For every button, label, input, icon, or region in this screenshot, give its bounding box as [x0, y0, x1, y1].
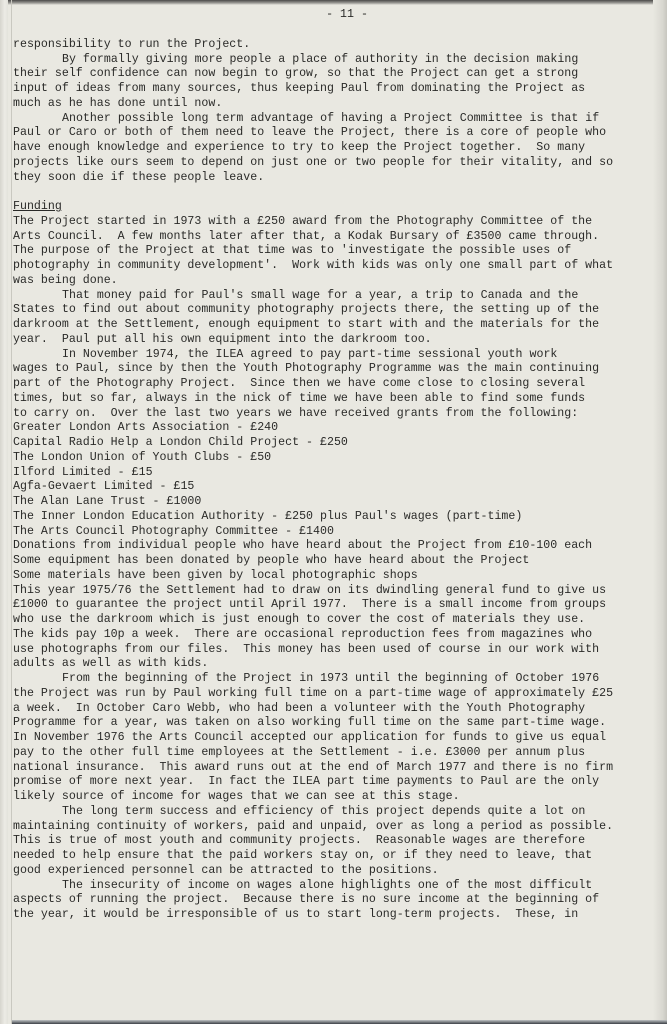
grant-item: Greater London Arts Association - £240	[13, 421, 653, 436]
grant-item: The Alan Lane Trust - £1000	[13, 495, 653, 510]
grant-item: Agfa-Gevaert Limited - £15	[13, 480, 653, 495]
text-line: The kids pay 10p a week. There are occas…	[13, 628, 653, 643]
text-line: good experienced personnel can be attrac…	[13, 864, 653, 879]
text-line: the Project was run by Paul working full…	[13, 687, 653, 702]
text-line: much as he has done until now.	[13, 97, 653, 112]
text-line: The Project started in 1973 with a £250 …	[13, 215, 653, 230]
scan-right-edge	[653, 0, 667, 1024]
text-line: to carry on. Over the last two years we …	[13, 407, 653, 422]
text-line: projects like ours seem to depend on jus…	[13, 156, 653, 171]
text-line: their self confidence can now begin to g…	[13, 67, 653, 82]
text-line: The insecurity of income on wages alone …	[13, 879, 653, 894]
grant-item: The Arts Council Photography Committee -…	[13, 525, 653, 540]
scan-bottom-edge	[12, 1020, 667, 1024]
paragraph-insecurity: The insecurity of income on wages alone …	[13, 879, 653, 923]
text-line: adults as well as with kids.	[13, 657, 653, 672]
text-line: This year 1975/76 the Settlement had to …	[13, 584, 653, 599]
text-line: Another possible long term advantage of …	[13, 112, 653, 127]
paragraph-continuity: The long term success and efficiency of …	[13, 805, 653, 879]
text-line: Programme for a year, was taken on also …	[13, 716, 653, 731]
scan-left-edge	[0, 0, 8, 1024]
text-line: darkroom at the Settlement, enough equip…	[13, 318, 653, 333]
text-line: wages to Paul, since by then the Youth P…	[13, 362, 653, 377]
text-line: That money paid for Paul's small wage fo…	[13, 289, 653, 304]
text-line: times, but so far, always in the nick of…	[13, 392, 653, 407]
text-line: This is true of most youth and community…	[13, 834, 653, 849]
grant-item: The Inner London Education Authority - £…	[13, 510, 653, 525]
text-line: likely source of income for wages that w…	[13, 790, 653, 805]
text-line: they soon die if these people leave.	[13, 171, 653, 186]
text-line: In November 1976 the Arts Council accept…	[13, 731, 653, 746]
section-heading-funding: Funding	[13, 200, 653, 215]
text-line: Arts Council. A few months later after t…	[13, 230, 653, 245]
grant-item: Donations from individual people who hav…	[13, 539, 653, 554]
paragraph-funding-start: The Project started in 1973 with a £250 …	[13, 215, 653, 289]
text-line: input of ideas from many sources, thus k…	[13, 82, 653, 97]
text-line: aspects of running the project. Because …	[13, 893, 653, 908]
text-line: Paul or Caro or both of them need to lea…	[13, 126, 653, 141]
intro-continuation: responsibility to run the Project.	[13, 38, 653, 53]
text-line: The long term success and efficiency of …	[13, 805, 653, 820]
text-line: was being done.	[13, 274, 653, 289]
grant-item: Some materials have been given by local …	[13, 569, 653, 584]
grant-item: Some equipment has been donated by peopl…	[13, 554, 653, 569]
page-binding-line	[11, 0, 12, 1024]
text-line: States to find out about community photo…	[13, 303, 653, 318]
text-line: part of the Photography Project. Since t…	[13, 377, 653, 392]
paragraph-money-use: That money paid for Paul's small wage fo…	[13, 289, 653, 348]
page-number: - 11 -	[13, 8, 653, 23]
text-line: who use the darkroom which is just enoug…	[13, 613, 653, 628]
grant-item: Capital Radio Help a London Child Projec…	[13, 436, 653, 451]
paragraph-settlement-fund: This year 1975/76 the Settlement had to …	[13, 584, 653, 673]
text-line: have enough knowledge and experience to …	[13, 141, 653, 156]
text-line: £1000 to guarantee the project until Apr…	[13, 598, 653, 613]
scan-top-edge	[0, 0, 667, 5]
text-line: promise of more next year. In fact the I…	[13, 775, 653, 790]
paragraph-wages-history: From the beginning of the Project in 197…	[13, 672, 653, 805]
text-line: national insurance. This award runs out …	[13, 761, 653, 776]
document-page: - 11 - responsibility to run the Project…	[13, 8, 653, 923]
paragraph-committee: Another possible long term advantage of …	[13, 112, 653, 186]
text-line: In November 1974, the ILEA agreed to pay…	[13, 348, 653, 363]
text-line: pay to the other full time employees at …	[13, 746, 653, 761]
text-line: use photographs from our files. This mon…	[13, 643, 653, 658]
text-line: The purpose of the Project at that time …	[13, 244, 653, 259]
text-line: By formally giving more people a place o…	[13, 53, 653, 68]
text-line: maintaining continuity of workers, paid …	[13, 820, 653, 835]
paragraph-authority: By formally giving more people a place o…	[13, 53, 653, 112]
text-line: photography in community development'. W…	[13, 259, 653, 274]
grants-list: Greater London Arts Association - £240 C…	[13, 421, 653, 583]
text-line: responsibility to run the Project.	[13, 38, 653, 53]
text-line: needed to help ensure that the paid work…	[13, 849, 653, 864]
text-line: year. Paul put all his own equipment int…	[13, 333, 653, 348]
text-line: From the beginning of the Project in 197…	[13, 672, 653, 687]
grant-item: The London Union of Youth Clubs - £50	[13, 451, 653, 466]
grant-item: Ilford Limited - £15	[13, 466, 653, 481]
text-line: a week. In October Caro Webb, who had be…	[13, 702, 653, 717]
paragraph-ilea: In November 1974, the ILEA agreed to pay…	[13, 348, 653, 422]
text-line: the year, it would be irresponsible of u…	[13, 908, 653, 923]
